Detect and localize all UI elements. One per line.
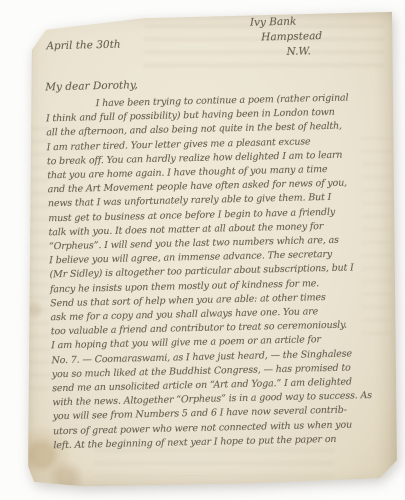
letter-content: April the 30th Ivy BankHampsteadN.W. My … <box>14 3 399 493</box>
paper-sheet: April the 30th Ivy BankHampsteadN.W. My … <box>24 10 398 492</box>
address-block: Ivy BankHampsteadN.W. <box>250 14 323 61</box>
salutation: My dear Dorothy, <box>45 79 138 93</box>
photo-background: April the 30th Ivy BankHampsteadN.W. My … <box>0 0 405 500</box>
letter-paper: April the 30th Ivy BankHampsteadN.W. My … <box>24 10 398 492</box>
letter-body: I have been trying to continue a poem (r… <box>46 91 394 454</box>
address-line: Ivy Bank <box>250 14 322 31</box>
address-line: N.W. <box>286 44 322 60</box>
address-line: Hampstead <box>261 29 322 45</box>
date-line: April the 30th <box>46 39 121 53</box>
